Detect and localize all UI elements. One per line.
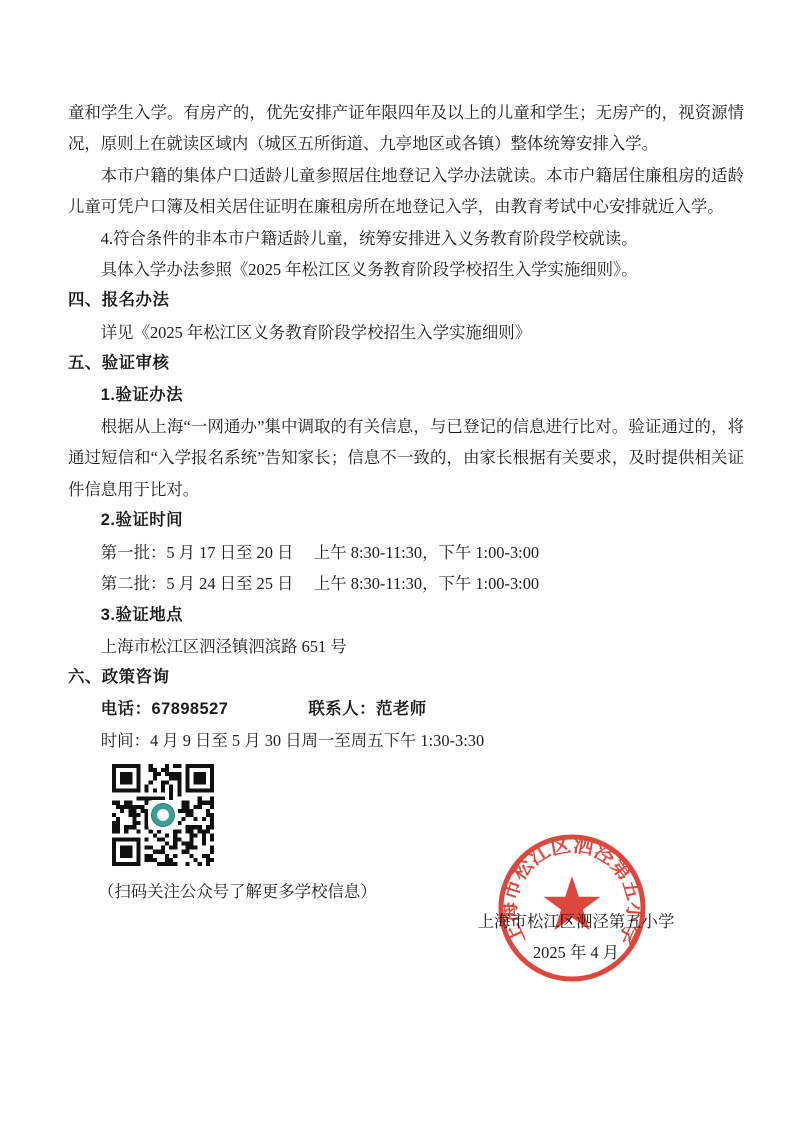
- document-page: 童和学生入学。有房产的，优先安排产证年限四年及以上的儿童和学生；无房产的，视资源…: [0, 0, 793, 1122]
- paragraph-continuation: 童和学生入学。有房产的，优先安排产证年限四年及以上的儿童和学生；无房产的，视资源…: [68, 97, 744, 160]
- qr-center-logo: [148, 800, 178, 830]
- paragraph-consult-time: 时间：4 月 9 日至 5 月 30 日周一至周五下午 1:30-3:30: [68, 725, 744, 756]
- signature-block: 上海市松江区泗泾第五小学 2025 年 4 月: [466, 906, 686, 969]
- subheading-verify-place: 3.验证地点: [68, 600, 744, 631]
- contact-phone: 电话：67898527: [101, 700, 229, 718]
- paragraph-see-details: 详见《2025 年松江区义务教育阶段学校招生入学实施细则》: [68, 317, 744, 348]
- contact-row: 电话：67898527联系人：范老师: [68, 694, 744, 725]
- signature-date: 2025 年 4 月: [466, 937, 686, 968]
- signature-school-name: 上海市松江区泗泾第五小学: [466, 906, 686, 937]
- paragraph-batch-1: 第一批：5 月 17 日至 20 日 上午 8:30-11:30，下午 1:00…: [68, 537, 744, 568]
- paragraph-batch-2: 第二批：5 月 24 日至 25 日 上午 8:30-11:30，下午 1:00…: [68, 568, 744, 599]
- paragraph-collective-hukou: 本市户籍的集体户口适龄儿童参照居住地登记入学办法就读。本市户籍居住廉租房的适龄儿…: [68, 160, 744, 223]
- contact-person: 联系人：范老师: [308, 700, 426, 718]
- subheading-verify-method: 1.验证办法: [68, 380, 744, 411]
- qr-code: [112, 764, 214, 866]
- paragraph-reference: 具体入学办法参照《2025 年松江区义务教育阶段学校招生入学实施细则》。: [68, 254, 744, 285]
- paragraph-verify-method: 根据从上海“一网通办”集中调取的有关信息，与已登记的信息进行比对。验证通过的，将…: [68, 411, 744, 505]
- qr-caption: （扫码关注公众号了解更多学校信息）: [98, 876, 377, 907]
- school-logo-icon: [151, 803, 175, 827]
- heading-section-5: 五、验证审核: [68, 348, 744, 379]
- paragraph-item-4: 4.符合条件的非本市户籍适龄儿童，统筹安排进入义务教育阶段学校就读。: [68, 223, 744, 254]
- heading-section-4: 四、报名办法: [68, 285, 744, 316]
- subheading-verify-time: 2.验证时间: [68, 505, 744, 536]
- document-body: 童和学生入学。有房产的，优先安排产证年限四年及以上的儿童和学生；无房产的，视资源…: [68, 97, 744, 757]
- paragraph-verify-address: 上海市松江区泗泾镇泗滨路 651 号: [68, 631, 744, 662]
- heading-section-6: 六、政策咨询: [68, 662, 744, 693]
